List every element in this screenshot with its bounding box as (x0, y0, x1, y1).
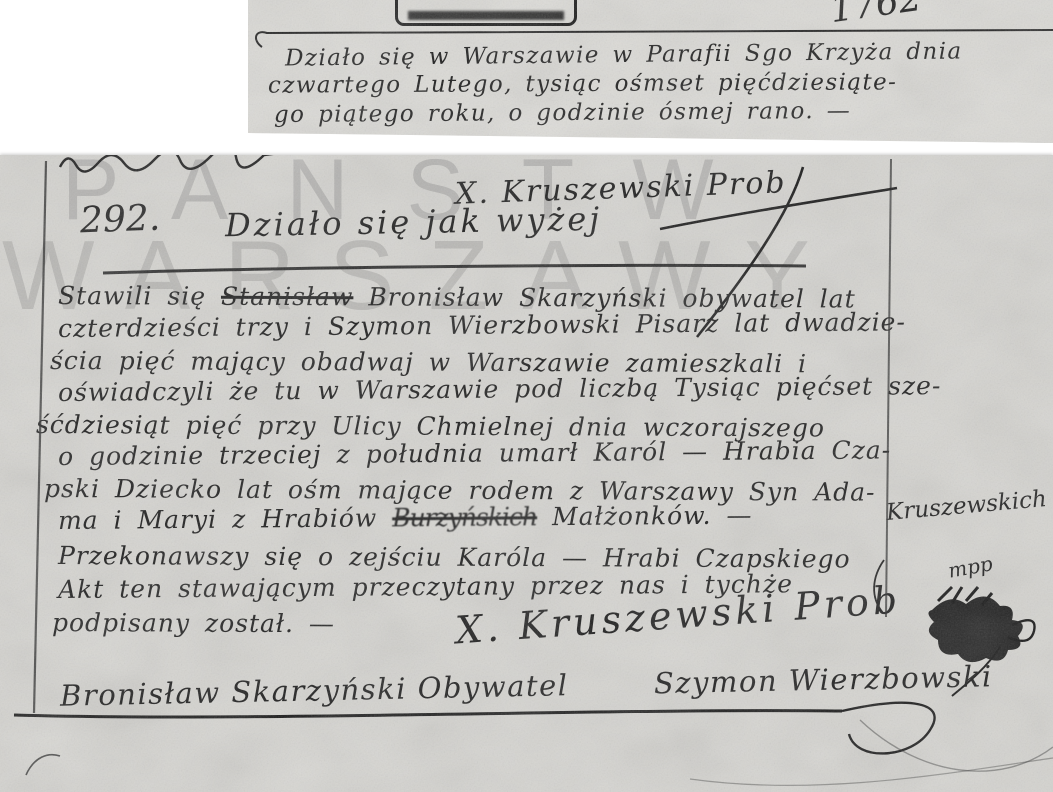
fragment-line: go piątego roku, o godzinie ósmej rano. … (274, 98, 851, 128)
witness-signature-2: Szymon Wierzbowski (654, 659, 993, 700)
crossed-out-word: Stanisław (221, 282, 354, 312)
body-line: czterdzieści trzy i Szymon Wierzbowski P… (58, 307, 906, 343)
stamp-ink-smear (408, 11, 564, 20)
margin-note-surname: Kruszewskich (885, 486, 1048, 526)
body-text: Przekonawszy się o zejściu Karóla — Hrab… (58, 541, 851, 573)
stamp-box (395, 0, 577, 26)
witness-signature-1: Bronisław Skarzyński Obywatel (60, 668, 569, 713)
body-text: podpisany został. — (52, 608, 335, 638)
act-heading: Działo się jak wyżej (225, 200, 603, 245)
scanned-death-record-page: 1762 Działo się w Warszawie w Parafii Sg… (0, 0, 1053, 792)
witness-signatures-row: Bronisław Skarzyński Obywatel Szymon Wie… (60, 659, 993, 713)
act-number: 292. (79, 198, 161, 242)
crossed-out-word: Burzyńskich (392, 502, 537, 532)
body-line: ma i Maryi z Hrabiów Burzyńskich Małżonk… (58, 501, 753, 535)
body-text: ma i Maryi z Hrabiów (58, 503, 392, 535)
body-line: o godzinie trzeciej z południa umarł Kar… (58, 435, 891, 471)
body-line: Przekonawszy się o zejściu Karóla — Hrab… (58, 541, 851, 573)
fragment-line: czwartego Lutego, tysiąc ośmset pięćdzie… (268, 69, 897, 98)
body-text: o godzinie trzeciej z południa umarł Kar… (58, 435, 891, 471)
body-text: Stawili się (58, 281, 221, 311)
fragment-line: Działo się w Warszawie w Parafii Sgo Krz… (285, 38, 963, 71)
top-fragment-scan: 1762 Działo się w Warszawie w Parafii Sg… (248, 0, 1053, 143)
body-text: czterdzieści trzy i Szymon Wierzbowski P… (58, 307, 906, 343)
body-line: oświadczyli że tu w Warszawie pod liczbą… (58, 371, 942, 407)
body-line: podpisany został. — (52, 608, 335, 638)
body-text: Małżonków. — (537, 501, 753, 532)
margin-note-abbreviation: mpp (946, 551, 994, 582)
body-text: oświadczyli że tu w Warszawie pod liczbą… (58, 371, 942, 407)
main-record-scan: PAŃSTW WARSZAWY (0, 155, 1053, 792)
corner-page-number: 1762 (828, 0, 924, 31)
